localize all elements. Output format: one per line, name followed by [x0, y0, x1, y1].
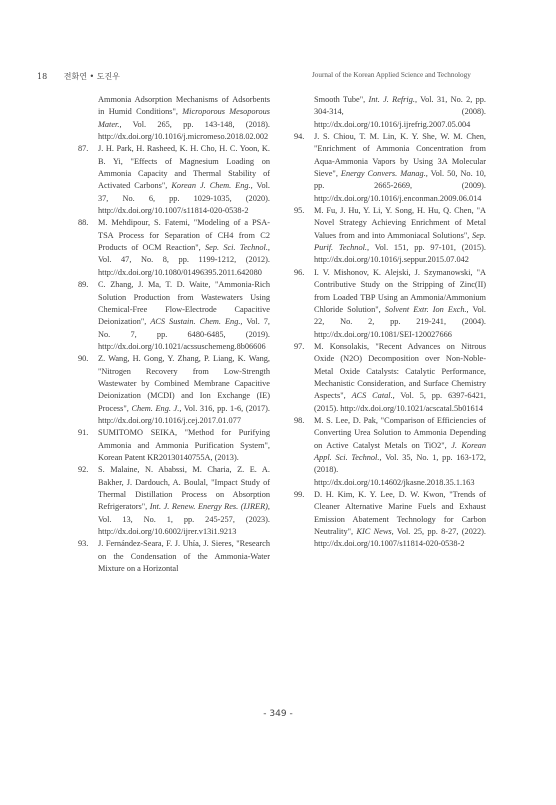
reference-item: 93.J. Fernández-Seara, F. J. Uhía, J. Si…	[78, 538, 270, 575]
reference-list-right: 94.J. S. Chiou, T. M. Lin, K. Y. She, W.…	[294, 131, 486, 551]
reference-text: Ammonia Adsorption Mechanisms of Adsorbe…	[98, 94, 270, 143]
reference-item: 92.S. Malaine, N. Ababssi, M. Charia, Z.…	[78, 464, 270, 538]
reference-text: J. H. Park, H. Rasheed, K. H. Cho, H. C.…	[98, 143, 270, 217]
journal-name: Chem. Eng. J.	[131, 404, 179, 413]
reference-number: 89.	[78, 279, 88, 291]
reference-text: D. H. Kim, K. Y. Lee, D. W. Kwon, "Trend…	[314, 489, 486, 551]
reference-text: S. Malaine, N. Ababssi, M. Charia, Z. E.…	[98, 464, 270, 538]
reference-item: 96.I. V. Mishonov, K. Alejski, J. Szyman…	[294, 267, 486, 341]
reference-text: J. S. Chiou, T. M. Lin, K. Y. She, W. M.…	[314, 131, 486, 205]
page-footer-number: - 349 -	[0, 709, 556, 719]
reference-number: 95.	[294, 205, 304, 217]
reference-item: 94.J. S. Chiou, T. M. Lin, K. Y. She, W.…	[294, 131, 486, 205]
reference-continuation: Ammonia Adsorption Mechanisms of Adsorbe…	[78, 94, 270, 143]
reference-item: 95.M. Fu, J. Hu, Y. Li, Y. Song, H. Hu, …	[294, 205, 486, 267]
reference-number: 99.	[294, 489, 304, 501]
header-journal-title: Journal of the Korean Applied Science an…	[312, 71, 471, 79]
reference-list-left: 87.J. H. Park, H. Rasheed, K. H. Cho, H.…	[78, 143, 270, 575]
header-page-number: 18	[37, 72, 47, 81]
reference-item: 88.M. Mehdipour, S. Fatemi, "Modeling of…	[78, 217, 270, 279]
reference-text: I. V. Mishonov, K. Alejski, J. Szymanows…	[314, 267, 486, 341]
journal-name: Int. J. Renew. Energy Res. (IJRER)	[150, 502, 268, 511]
journal-name: Energy Convers. Manag.	[341, 169, 426, 178]
reference-number: 96.	[294, 267, 304, 279]
reference-number: 98.	[294, 415, 304, 427]
reference-segment: M. Fu, J. Hu, Y. Li, Y. Song, H. Hu, Q. …	[314, 206, 486, 240]
reference-item: 98.M. S. Lee, D. Pak, "Comparison of Eff…	[294, 415, 486, 489]
reference-segment: J. Fernández-Seara, F. J. Uhía, J. Siere…	[98, 539, 270, 573]
reference-number: 88.	[78, 217, 88, 229]
journal-name: Korean J. Chem. Eng.	[171, 181, 250, 190]
reference-item: 99.D. H. Kim, K. Y. Lee, D. W. Kwon, "Tr…	[294, 489, 486, 551]
reference-text: M. S. Lee, D. Pak, "Comparison of Effici…	[314, 415, 486, 489]
reference-continuation: Smooth Tube", Int. J. Refrig., Vol. 31, …	[294, 94, 486, 131]
journal-name: KIC News	[356, 527, 391, 536]
journal-name: ACS Sustain. Chem. Eng.	[150, 317, 240, 326]
reference-number: 87.	[78, 143, 88, 155]
reference-number: 93.	[78, 538, 88, 550]
reference-text: Smooth Tube", Int. J. Refrig., Vol. 31, …	[314, 94, 486, 131]
reference-number: 92.	[78, 464, 88, 476]
reference-number: 94.	[294, 131, 304, 143]
reference-text: J. Fernández-Seara, F. J. Uhía, J. Siere…	[98, 538, 270, 575]
reference-item: 87.J. H. Park, H. Rasheed, K. H. Cho, H.…	[78, 143, 270, 217]
reference-segment: SUMITOMO SEIKA, "Method for Purifying Am…	[98, 428, 270, 462]
journal-name: Solvent Extr. Ion Exch.	[385, 305, 467, 314]
journal-name: Sep. Sci. Technol.	[205, 243, 268, 252]
references-column-left: Ammonia Adsorption Mechanisms of Adsorbe…	[78, 94, 270, 575]
references-column-right: Smooth Tube", Int. J. Refrig., Vol. 31, …	[294, 94, 486, 551]
reference-number: 91.	[78, 427, 88, 439]
header-authors: 전화연 • 도진우	[64, 72, 120, 81]
running-header-left: 18 전화연 • 도진우	[37, 71, 120, 82]
reference-text: C. Zhang, J. Ma, T. D. Waite, "Ammonia-R…	[98, 279, 270, 353]
reference-text: M. Konsolakis, "Recent Advances on Nitro…	[314, 341, 486, 415]
reference-text: Z. Wang, H. Gong, Y. Zhang, P. Liang, K.…	[98, 353, 270, 427]
reference-text: M. Fu, J. Hu, Y. Li, Y. Song, H. Hu, Q. …	[314, 205, 486, 267]
reference-item: 90.Z. Wang, H. Gong, Y. Zhang, P. Liang,…	[78, 353, 270, 427]
reference-item: 91.SUMITOMO SEIKA, "Method for Purifying…	[78, 427, 270, 464]
reference-text: SUMITOMO SEIKA, "Method for Purifying Am…	[98, 427, 270, 464]
reference-segment: Smooth Tube",	[314, 95, 368, 104]
reference-number: 90.	[78, 353, 88, 365]
reference-segment: , Vol. 265, pp. 143-148, (2018). http://…	[98, 120, 270, 141]
reference-number: 97.	[294, 341, 304, 353]
reference-item: 89.C. Zhang, J. Ma, T. D. Waite, "Ammoni…	[78, 279, 270, 353]
reference-item: 97.M. Konsolakis, "Recent Advances on Ni…	[294, 341, 486, 415]
journal-name: Int. J. Refrig.	[368, 95, 414, 104]
reference-text: M. Mehdipour, S. Fatemi, "Modeling of a …	[98, 217, 270, 279]
journal-name: ACS Catal.	[352, 391, 393, 400]
